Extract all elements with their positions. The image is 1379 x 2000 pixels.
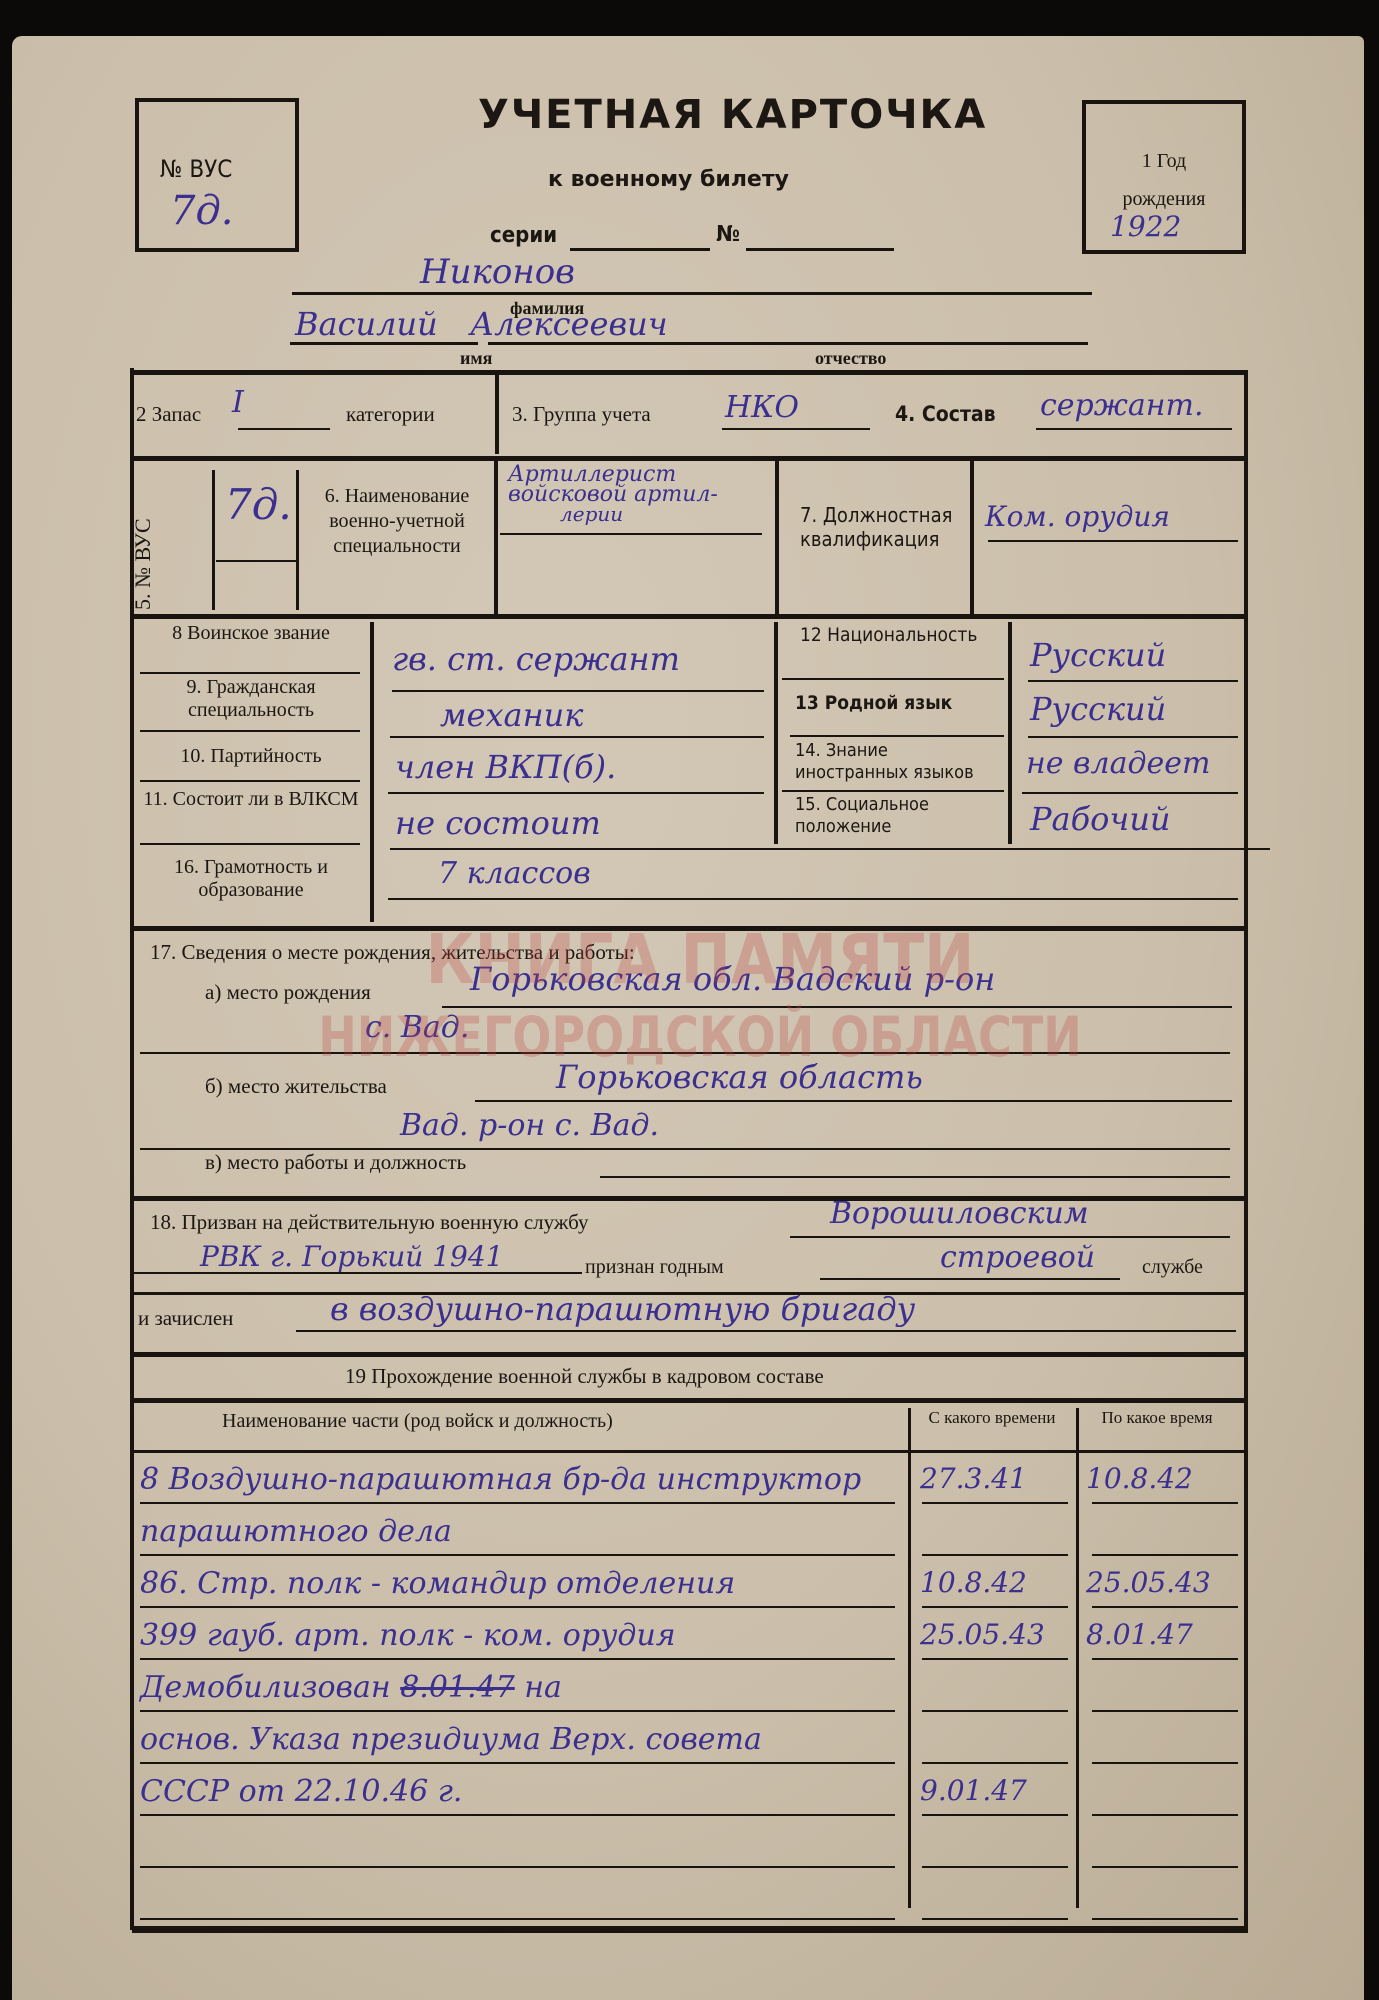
residence-line-1 [475,1100,1232,1102]
vus-number-line [216,560,296,562]
row-line [140,1762,895,1764]
birthplace-value-2: с. Вад. [365,1010,469,1045]
civil-specialty-value: механик [440,696,583,734]
foreign-languages-value: не владеет [1026,746,1210,781]
education-label: 16. Грамотность и образование [136,856,366,902]
fit-value: строевой [940,1240,1095,1275]
section18-value-1: Ворошиловским [830,1196,1089,1231]
row-line-to [1092,1866,1238,1868]
enlisted-line [296,1330,1236,1332]
divider-values-labels-right [774,622,778,844]
patronymic-value: Алексеевич [470,305,668,343]
divider-2-3 [495,374,499,454]
row-divider-2 [132,614,1246,619]
row-line-to [1092,1606,1238,1608]
rank-value: гв. ст. сержант [392,640,680,678]
position-line [988,540,1238,542]
row-divider-5 [132,1352,1246,1357]
record-card [12,36,1364,2000]
reserve-line [238,428,330,430]
series-line [570,248,710,251]
row-line [140,1710,895,1712]
row-line-from [922,1710,1068,1712]
nationality-value: Русский [1030,636,1166,674]
enlisted-value: в воздушно-парашютную бригаду [330,1290,915,1328]
series-label: серии [490,223,557,248]
education-value: 7 классов [438,856,591,891]
section19-heading: 19 Прохождение военной службы в кадровом… [345,1364,824,1389]
birth-year-label-1: 1 Год [1086,150,1242,173]
section18-value-2: РВК г. Горький 1941 [200,1240,503,1273]
birthplace-line-2 [140,1052,1230,1054]
row-line-from [922,1606,1068,1608]
komsomol-label: 11. Состоит ли в ВЛКСМ [136,788,366,811]
row-line-from [922,1814,1068,1816]
row-line-to [1092,1502,1238,1504]
to-cell: 8.01.47 [1086,1618,1193,1651]
row-line-from [922,1502,1068,1504]
enlisted-label: и зачислен [138,1306,233,1331]
work-label: в) место работы и должность [205,1150,466,1175]
party-line [388,792,764,794]
position-value: Ком. орудия [985,500,1170,533]
frame-top [132,370,1248,375]
row-line-to [1092,1710,1238,1712]
work-line [600,1176,1230,1178]
vus-number-label: 5. № ВУС [130,518,156,610]
composition-value: сержант. [1040,388,1204,423]
reserve-value: I [232,385,244,420]
residence-value-1: Горьковская область [556,1058,923,1096]
col-unit-header: Наименование части (род войск и должност… [222,1410,613,1433]
row-line [140,1502,895,1504]
unit-cell: основ. Указа президиума Верх. совета [140,1722,762,1757]
row-line [140,1814,895,1816]
composition-label: 4. Состав [895,402,996,426]
row-line-from [922,1658,1068,1660]
group-label: 3. Группа учета [512,402,651,426]
row-line [140,1658,895,1660]
row-line-from [922,1866,1068,1868]
native-language-label: 13 Родной язык [795,692,952,714]
education-line [388,898,1238,900]
foreign-languages-label-line [782,790,1004,792]
vus-number-value: 7д. [225,480,292,529]
residence-value-2: Вад. р-он с. Вад. [400,1108,659,1143]
row-line-to [1092,1814,1238,1816]
section18-line-1 [790,1236,1230,1238]
row-divider-1 [132,456,1246,461]
col-to-header: По какое время [1082,1408,1232,1428]
composition-line [1036,428,1232,430]
card-title: УЧЕТНАЯ КАРТОЧКА [478,92,987,138]
to-cell: 10.8.42 [1086,1462,1193,1495]
section18-label: 18. Призван на действительную военную сл… [150,1210,589,1235]
rank-line [392,690,764,692]
from-cell: 27.3.41 [920,1462,1027,1495]
fit-post: службе [1142,1256,1203,1279]
residence-label: б) место жительства [205,1074,387,1099]
birthplace-line-1 [442,1006,1232,1008]
party-label: 10. Партийность [136,746,366,767]
vus-divider-b [296,470,299,610]
col-from-header: С какого времени [912,1408,1072,1428]
row-line-to [1092,1658,1238,1660]
komsomol-label-line [140,843,360,845]
civil-specialty-label-line [140,730,360,732]
divider-6-7 [775,460,779,614]
social-status-label: 15. Социальное положение [795,794,1005,838]
divider-6-value [494,460,498,614]
rank-label-line [140,672,360,674]
divider-7-value [970,460,974,614]
birthplace-label: а) место рождения [205,980,371,1005]
section18-line-2 [132,1272,582,1274]
patronymic-line [488,342,1088,345]
row-line-from [922,1554,1068,1556]
number-label: № [716,222,740,247]
first-name-value: Василий [295,305,438,343]
civil-specialty-label: 9. Гражданская специальность [136,676,366,722]
unit-cell: 86. Стр. полк - командир отделения [140,1566,735,1601]
divider-labels-values [370,622,374,922]
specialty-label: 6. Наименование военно-учетной специальн… [302,484,492,559]
party-value: член ВКП(б). [395,748,616,786]
surname-value: Никонов [420,252,575,292]
divider-right-values [1008,622,1012,844]
foreign-languages-line [1022,792,1238,794]
unit-cell: 8 Воздушно-парашютная бр-да инструктор [140,1462,861,1497]
reserve-label-pre: 2 Запас [136,402,201,426]
native-language-value: Русский [1030,690,1166,728]
from-cell: 10.8.42 [920,1566,1027,1599]
first-name-line [290,342,478,345]
group-line [722,428,870,430]
row-line [140,1606,895,1608]
native-language-line [1028,736,1238,738]
row-line-from [922,1762,1068,1764]
from-cell: 9.01.47 [920,1774,1027,1807]
col-divider-2 [1076,1408,1079,1908]
vus-box-value: 7д. [170,188,234,234]
vus-divider-a [212,470,215,610]
first-name-label: имя [460,348,492,369]
unit-cell: Демобилизован 8.01.47 на [140,1670,562,1705]
foreign-languages-label: 14. Знание иностранных языков [795,740,1005,784]
civil-specialty-line [390,736,764,738]
row-divider-6 [132,1398,1246,1403]
surname-line [292,292,1092,295]
unit-cell: 399 гауб. арт. полк - ком. орудия [140,1618,676,1653]
unit-cell: СССР от 22.10.46 г. [140,1774,462,1809]
group-value: НКО [725,390,799,425]
fit-label: признан годным [585,1256,724,1279]
reserve-label-post: категории [346,402,435,426]
row-line [140,1866,895,1868]
specialty-value-3: лерии [560,502,623,526]
nationality-label: 12 Национальность [800,624,977,647]
vus-box-label: № ВУС [160,155,232,183]
komsomol-line [390,848,1270,850]
fit-line [820,1278,1120,1280]
number-line [746,248,894,251]
komsomol-value: не состоит [395,804,601,842]
patronymic-label: отчество [815,348,886,369]
row-line [140,1554,895,1556]
unit-cell: парашютного дела [140,1514,452,1549]
nationality-line [1028,680,1238,682]
row-line-to [1092,1762,1238,1764]
frame-right [1244,372,1248,1928]
to-cell: 25.05.43 [1086,1566,1211,1599]
birth-year-value: 1922 [1110,210,1181,243]
native-language-label-line [790,735,1004,737]
social-status-value: Рабочий [1030,800,1171,838]
rank-label: 8 Воинское звание [136,622,366,645]
card-subtitle: к военному билету [548,167,789,192]
row-line-from [922,1918,1068,1920]
row-line-to [1092,1918,1238,1920]
position-label: 7. Должностная квалификация [800,503,960,551]
party-label-line [140,780,360,782]
col-divider-1 [908,1408,911,1908]
row-line [140,1918,895,1920]
birth-year-label-2: рождения [1086,188,1242,211]
nationality-label-line [782,678,1004,680]
specialty-line [500,533,762,535]
row-divider-3 [132,926,1246,931]
frame-bottom [132,1926,1248,1933]
from-cell: 25.05.43 [920,1618,1045,1651]
row-line-to [1092,1554,1238,1556]
birthplace-value-1: Горьковская обл. Вадский р-он [470,960,995,998]
